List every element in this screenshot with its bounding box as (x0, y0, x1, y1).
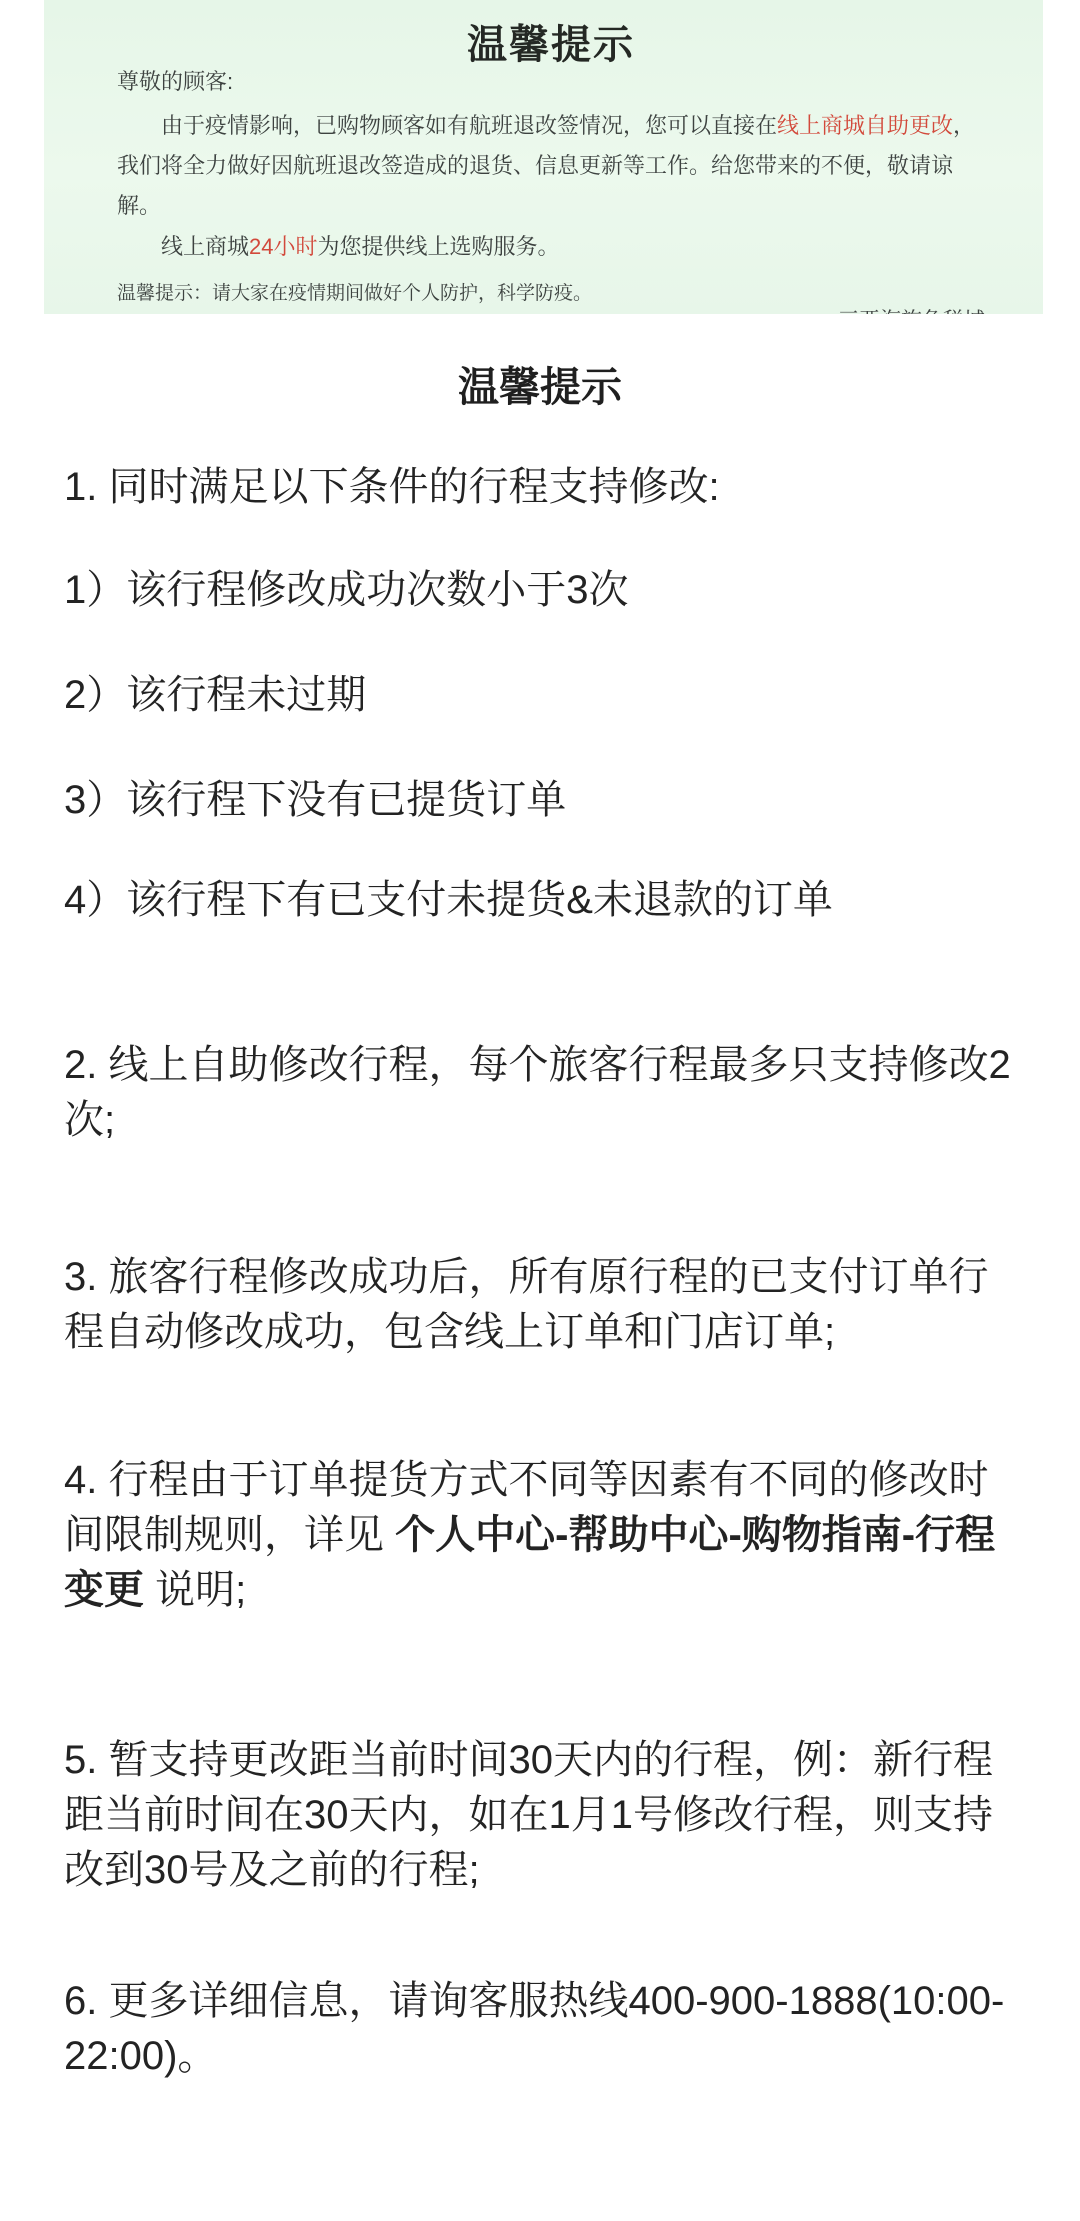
text-segment-normal: 1）该行程修改成功次数小于3次 (64, 568, 629, 612)
banner-paragraph-online-hours: 线上商城24小时为您提供线上选购服务。 (117, 227, 985, 267)
notice-title: 温馨提示 (64, 360, 1016, 415)
text-segment-normal: 6. 更多详细信息，请询客服热线400-900-1888(10:00-22:00… (64, 1979, 1004, 2078)
notice-section: 温馨提示 1. 同时满足以下条件的行程支持修改: 1）该行程修改成功次数小于3次… (0, 360, 1080, 2221)
banner-paragraph-flight-change: 由于疫情影响，已购物顾客如有航班退改签情况，您可以直接在线上商城自助更改，我们将… (117, 106, 985, 226)
text-segment-normal: 1. 同时满足以下条件的行程支持修改: (64, 465, 720, 509)
text-segment-normal: 为您提供线上选购服务。 (318, 234, 560, 259)
rule-2: 2. 线上自助修改行程，每个旅客行程最多只支持修改2次; (64, 1038, 1016, 1148)
text-segment-normal: 2. 线上自助修改行程，每个旅客行程最多只支持修改2次; (64, 1043, 1011, 1142)
rule-1-condition-1: 1）该行程修改成功次数小于3次 (64, 563, 1016, 618)
banner-epidemic-tip: 温馨提示：请大家在疫情期间做好个人防护，科学防疫。 (117, 280, 985, 308)
text-segment-normal: 3. 旅客行程修改成功后，所有原行程的已支付订单行程自动修改成功，包含线上订单和… (64, 1255, 988, 1354)
text-segment-red: 24小时 (249, 234, 317, 259)
text-segment-normal: 2）该行程未过期 (64, 673, 366, 717)
text-segment-normal: 3）该行程下没有已提货订单 (64, 778, 566, 822)
text-segment-normal: 4）该行程下有已支付未提货&未退款的订单 (64, 878, 833, 922)
banner-salutation: 尊敬的顾客: (117, 68, 985, 96)
rule-5: 5. 暂支持更改距当前时间30天内的行程，例：新行程距当前时间在30天内，如在1… (64, 1733, 1016, 1898)
rule-3: 3. 旅客行程修改成功后，所有原行程的已支付订单行程自动修改成功，包含线上订单和… (64, 1250, 1016, 1360)
text-segment-normal: 由于疫情影响，已购物顾客如有航班退改签情况，您可以直接在 (161, 113, 777, 138)
banner-signature: 三亚海旅免税城 (117, 308, 985, 314)
notice-banner: 温馨提示 尊敬的顾客: 由于疫情影响，已购物顾客如有航班退改签情况，您可以直接在… (44, 0, 1043, 314)
banner-title: 温馨提示 (117, 20, 985, 70)
rule-6: 6. 更多详细信息，请询客服热线400-900-1888(10:00-22:00… (64, 1974, 1016, 2084)
rule-1-condition-4: 4）该行程下有已支付未提货&未退款的订单 (64, 873, 1016, 928)
page-root: 温馨提示 尊敬的顾客: 由于疫情影响，已购物顾客如有航班退改签情况，您可以直接在… (0, 0, 1080, 2221)
text-segment-normal: 5. 暂支持更改距当前时间30天内的行程，例：新行程距当前时间在30天内，如在1… (64, 1738, 993, 1892)
rule-1: 1. 同时满足以下条件的行程支持修改: (64, 460, 1016, 515)
text-segment-normal: 说明; (144, 1568, 246, 1612)
text-segment-red: 线上商城自助更改 (777, 113, 953, 138)
rule-1-condition-2: 2）该行程未过期 (64, 668, 1016, 723)
rule-1-condition-3: 3）该行程下没有已提货订单 (64, 773, 1016, 828)
rule-4: 4. 行程由于订单提货方式不同等因素有不同的修改时间限制规则，详见 个人中心-帮… (64, 1453, 1016, 1618)
text-segment-normal: 线上商城 (161, 234, 249, 259)
